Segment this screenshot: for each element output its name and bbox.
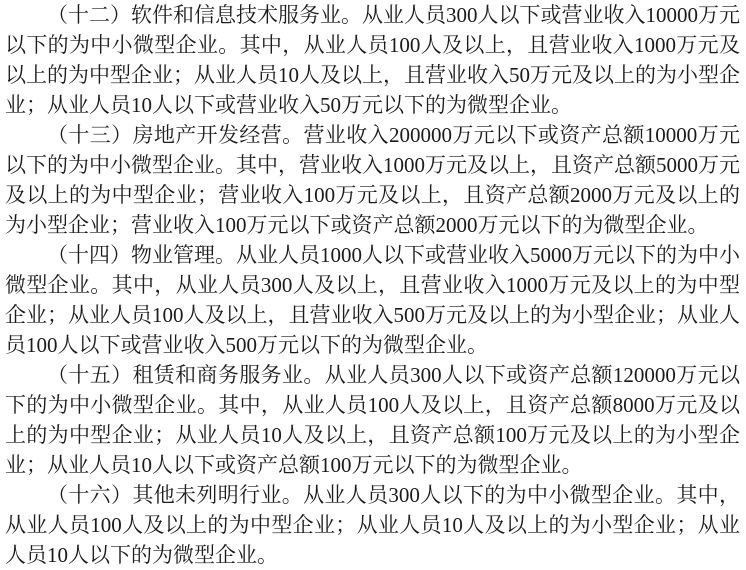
- document-page: （十二）软件和信息技术服务业。从业人员300人以下或营业收入10000万元以下的…: [0, 0, 746, 570]
- paragraph-item-15-leasing-business-services: （十五）租赁和商务服务业。从业人员300人以下或资产总额120000万元以下的为…: [5, 360, 740, 480]
- paragraph-item-13-real-estate-development: （十三）房地产开发经营。营业收入200000万元以下或资产总额10000万元以下…: [5, 120, 740, 240]
- paragraph-item-14-property-management: （十四）物业管理。从业人员1000人以下或营业收入5000万元以下的为中小微型企…: [5, 240, 740, 360]
- paragraph-item-12-software-it-services: （十二）软件和信息技术服务业。从业人员300人以下或营业收入10000万元以下的…: [5, 0, 740, 120]
- paragraph-item-16-other-unlisted-industries: （十六）其他未列明行业。从业人员300人以下的为中小微型企业。其中，从业人员10…: [5, 480, 740, 570]
